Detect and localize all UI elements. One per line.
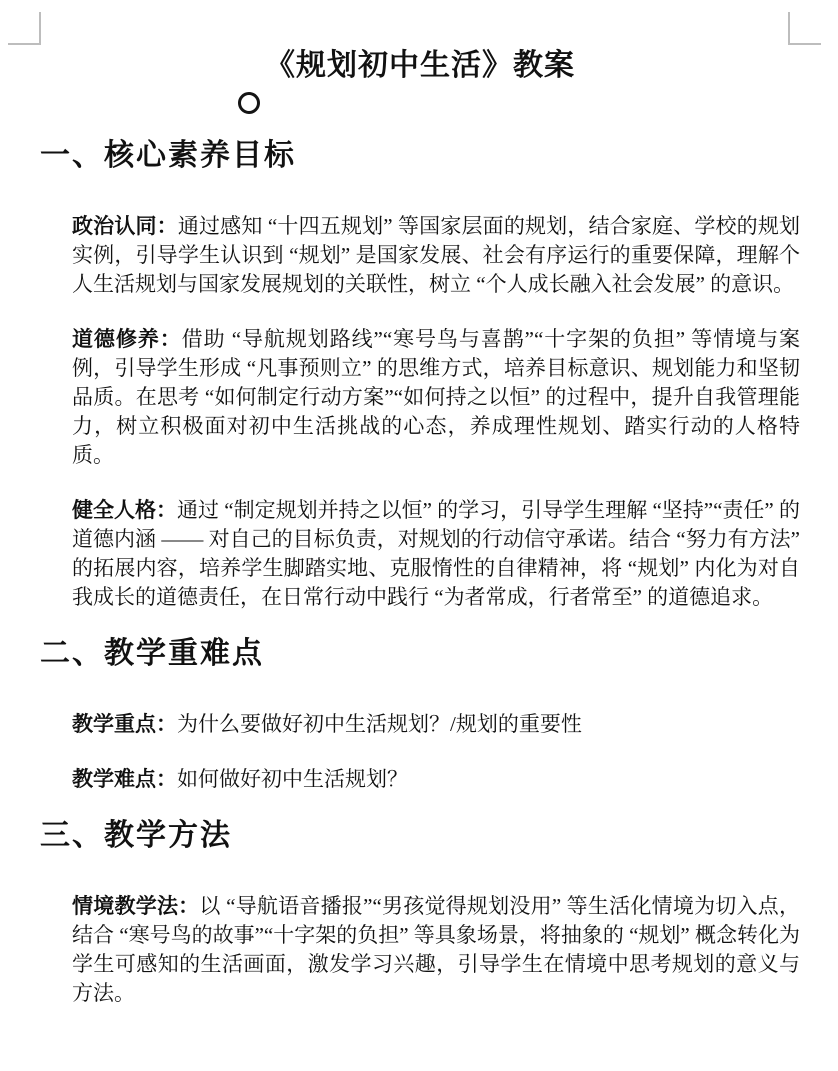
paragraph-label: 情境教学法：: [72, 894, 199, 918]
paragraph-label: 健全人格：: [72, 498, 177, 522]
circle-marker-icon: [238, 92, 260, 114]
paragraph: 情境教学法：以 “导航语音播报”“男孩觉得规划没用” 等生活化情境为切入点，结合…: [72, 892, 800, 1008]
document-content: 《规划初中生活》教案 一、核心素养目标 政治认同：通过感知 “十四五规划” 等国…: [40, 0, 800, 1008]
section-body-2: 教学重点：为什么要做好初中生活规划？/规划的重要性 教学难点：如何做好初中生活规…: [72, 710, 800, 794]
paragraph: 教学难点：如何做好初中生活规划？: [72, 765, 800, 794]
paragraph: 教学重点：为什么要做好初中生活规划？/规划的重要性: [72, 710, 800, 739]
paragraph-text: 为什么要做好初中生活规划？/规划的重要性: [177, 712, 582, 736]
page-margin-corner-mark-left: [8, 12, 41, 45]
paragraph: 道德修养：借助 “导航规划路线”“寒号鸟与喜鹊”“十字架的负担” 等情境与案例，…: [72, 325, 800, 470]
document-title: 《规划初中生活》教案: [40, 46, 800, 86]
paragraph-label: 教学重点：: [72, 712, 177, 736]
paragraph-label: 政治认同：: [72, 214, 178, 238]
paragraph-text: 通过 “制定规划并持之以恒” 的学习，引导学生理解 “坚持”“责任” 的道德内涵…: [72, 498, 800, 609]
section-body-3: 情境教学法：以 “导航语音播报”“男孩觉得规划没用” 等生活化情境为切入点，结合…: [72, 892, 800, 1008]
document-page: 《规划初中生活》教案 一、核心素养目标 政治认同：通过感知 “十四五规划” 等国…: [0, 0, 838, 1071]
paragraph-label: 教学难点：: [72, 767, 177, 791]
paragraph-text: 通过感知 “十四五规划” 等国家层面的规划，结合家庭、学校的规划实例，引导学生认…: [72, 214, 800, 296]
paragraph-text: 借助 “导航规划路线”“寒号鸟与喜鹊”“十字架的负担” 等情境与案例，引导学生形…: [72, 327, 800, 467]
paragraph-text: 如何做好初中生活规划？: [177, 767, 408, 791]
section-heading-3: 三、教学方法: [40, 816, 800, 856]
paragraph: 政治认同：通过感知 “十四五规划” 等国家层面的规划，结合家庭、学校的规划实例，…: [72, 212, 800, 299]
section-heading-2: 二、教学重难点: [40, 634, 800, 674]
section-heading-1: 一、核心素养目标: [40, 136, 800, 176]
paragraph-label: 道德修养：: [72, 327, 182, 351]
section-body-1: 政治认同：通过感知 “十四五规划” 等国家层面的规划，结合家庭、学校的规划实例，…: [72, 212, 800, 612]
paragraph: 健全人格：通过 “制定规划并持之以恒” 的学习，引导学生理解 “坚持”“责任” …: [72, 496, 800, 612]
